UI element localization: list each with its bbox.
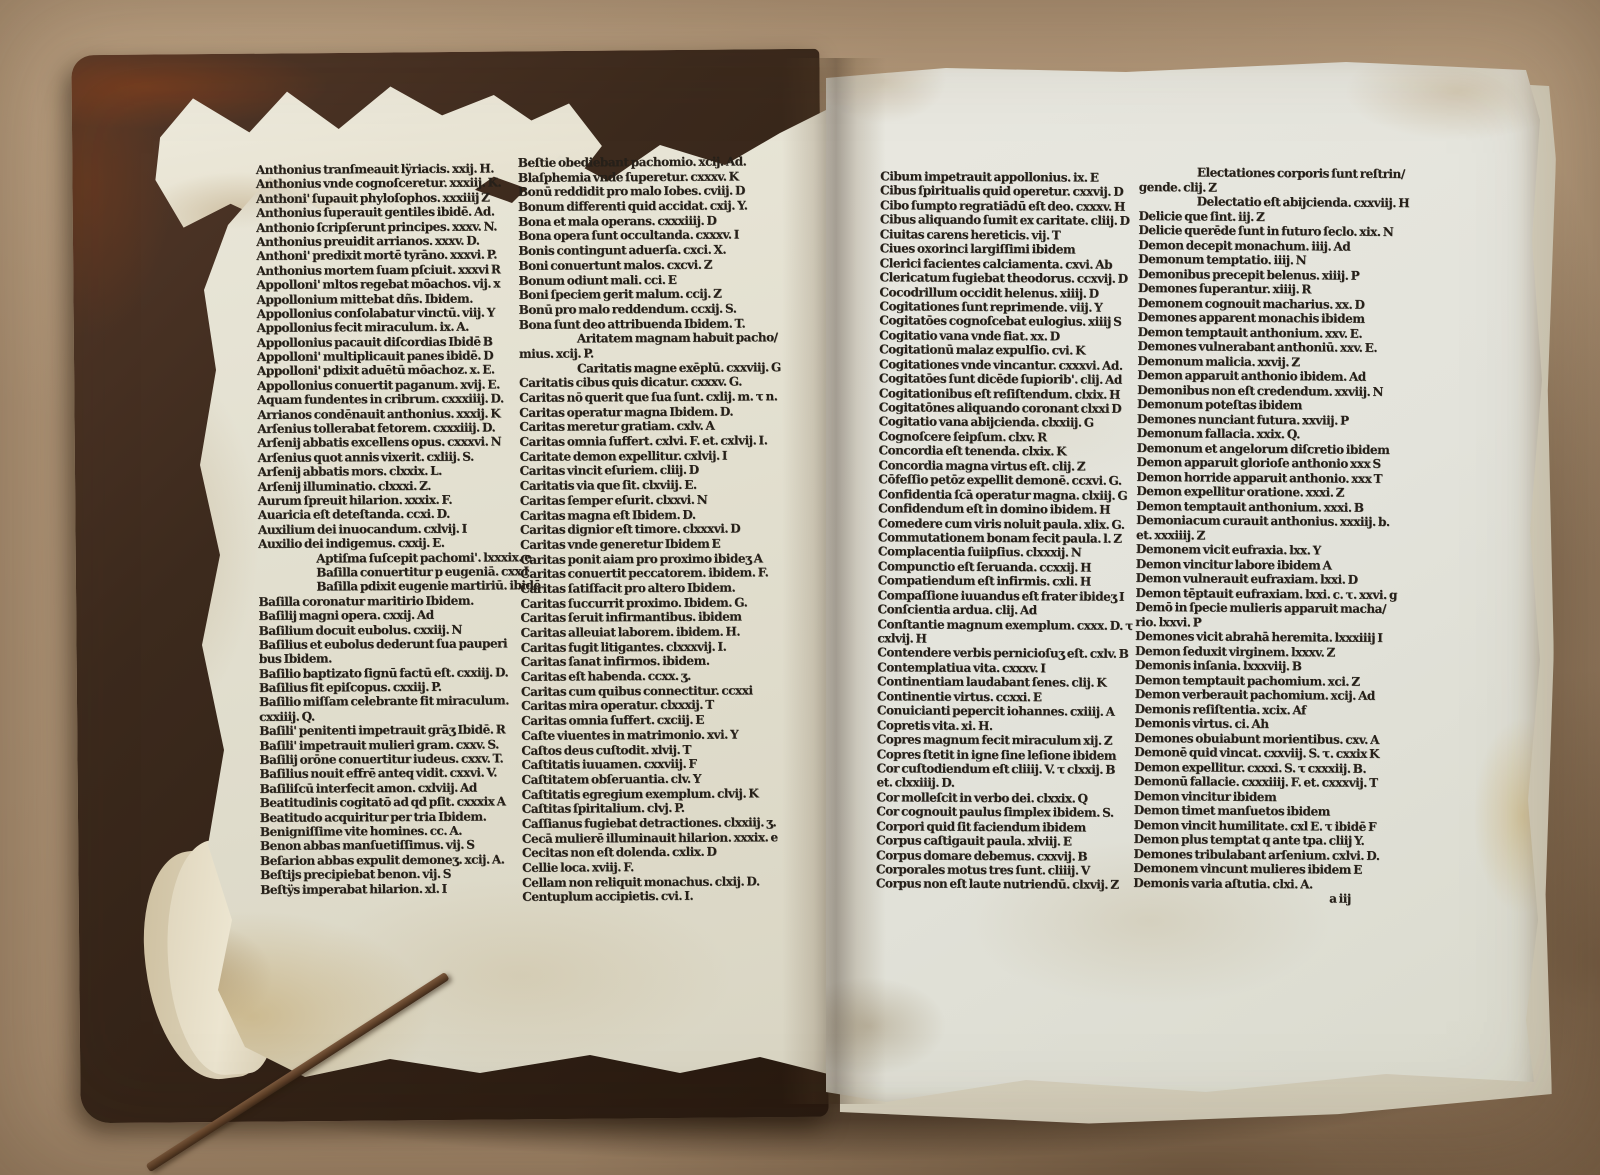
index-line: Demon timet manſuetos ibidem bbox=[1134, 803, 1405, 820]
index-line: Copres magnum fecit miraculum xij. Z bbox=[877, 732, 1132, 748]
index-line: Bonum differenti quid accidat. cxij. Y. bbox=[518, 198, 780, 214]
index-line: Confidendum eſt in domino ibidem. H bbox=[878, 501, 1133, 517]
index-line: Demonis varia aſtutia. clxi. A. bbox=[1133, 875, 1404, 892]
index-line: Blaſphemia vnde ſuperetur. cxxxv. K bbox=[518, 169, 780, 185]
index-line: Caritas ſatiſfacit pro altero Ibidem. bbox=[520, 580, 782, 596]
index-line: Cecitas non eſt dolenda. cxlix. D bbox=[522, 845, 784, 861]
index-line: cxlvij. H bbox=[877, 631, 1132, 647]
index-line: Delicie querēde ſunt in futuro ſeclo. xi… bbox=[1138, 223, 1409, 240]
signature-mark: a iij bbox=[1133, 890, 1404, 907]
index-line: Concordia eſt tenenda. clxix. K bbox=[878, 444, 1133, 460]
index-line: Demoniacum curauit anthonius. xxxiij. b. bbox=[1136, 513, 1407, 530]
left-page-column-2: Beſtie obediebant pachomio. xcij. Ad.Bla… bbox=[518, 154, 784, 905]
index-line: Clerici facientes calciamenta. cxvi. Ab bbox=[880, 256, 1135, 272]
index-line: Caritate demon expellitur. cxlvij. I bbox=[520, 448, 782, 464]
index-line: mius. xcij. P. bbox=[519, 345, 781, 361]
index-line: Cogitationes vnde vincantur. cxxxvi. Ad. bbox=[879, 357, 1134, 373]
index-line: Demonis inſania. lxxxviij. B bbox=[1135, 658, 1406, 675]
index-line: Cibum impetrauit appollonius. ix. E bbox=[880, 169, 1135, 185]
index-line: Cōfeſſio petōz expellit demonē. ccxvi. G… bbox=[878, 472, 1133, 488]
index-line: Cocodrillum occidit helenus. xiiij. D bbox=[879, 285, 1134, 301]
index-line: Corpori quid ſit faciendum ibidem bbox=[876, 819, 1131, 835]
index-line: Demonis virtus. ci. Ah bbox=[1134, 716, 1405, 733]
index-line: Demon expellitur oratione. xxxi. Z bbox=[1136, 484, 1407, 501]
photo-background: Anthonius tranſmeauit lÿriacis. xxij. H.… bbox=[0, 0, 1600, 1175]
index-line: Caritatis via que ſit. clxviij. E. bbox=[520, 477, 782, 493]
index-line: Caritas operatur magna Ibidem. D. bbox=[519, 404, 781, 420]
index-line: Caritas conuertit peccatorem. ibidem. F. bbox=[520, 565, 782, 581]
gutter-shadow bbox=[782, 58, 886, 1104]
index-line: Contendere verbis pernicioſuʒ eſt. cxlv.… bbox=[877, 646, 1132, 662]
index-line: Cibo ſumpto regratiādū eſt deo. cxxxv. H bbox=[880, 198, 1135, 214]
index-line: Bona opera ſunt occultanda. cxxxv. I bbox=[518, 228, 780, 244]
index-line: Copres ſtetit in igne ſine leſione ibide… bbox=[877, 747, 1132, 763]
index-line: Appolloni' mltos regebat mōachos. vij. x bbox=[256, 276, 538, 292]
index-line: Anthonio ſcripſerunt principes. xxxv. N. bbox=[256, 219, 538, 235]
index-line: Confidentia ſcā operatur magna. clxiij. … bbox=[878, 487, 1133, 503]
index-line: Cibus aliquando ſumit ex caritate. cliij… bbox=[880, 213, 1135, 229]
index-line: Cogitationes ſunt reprimende. viij. Y bbox=[879, 299, 1134, 315]
index-line: Corpus caſtigauit paula. xlviij. E bbox=[876, 833, 1131, 849]
index-line: Baſilla pdixit eugenie martiriū. ibidē bbox=[258, 578, 540, 594]
index-line: Caritas omnia ſuffert. cxlvi. F. et. cxl… bbox=[519, 433, 781, 449]
right-page-column-1: Cibum impetrauit appollonius. ix. ECibus… bbox=[876, 169, 1136, 892]
index-line: Caſſianus fugiebat detractiones. clxxiij… bbox=[522, 815, 784, 831]
index-line: Caritas ſanat infirmos. ibidem. bbox=[521, 654, 783, 670]
index-line: Caritas vnde generetur Ibidem E bbox=[520, 536, 782, 552]
index-line: Caſtos deus cuſtodit. xlvij. T bbox=[521, 742, 783, 758]
index-line: Cor cognouit paulus ſimplex ibidem. S. bbox=[876, 804, 1131, 820]
index-line: Baſilio baptizato ſignū factū eſt. cxxii… bbox=[259, 665, 541, 681]
index-line: Caritas ponit aiam pro proximo ibideʒ A bbox=[520, 551, 782, 567]
index-line: Cibus ſpiritualis quid operetur. cxxvij.… bbox=[880, 184, 1135, 200]
index-line: Cor cuſtodiendum eſt cliiij. V. τ clxxij… bbox=[877, 761, 1132, 777]
index-line: Ciues oxorinci largiſſimi ibidem bbox=[880, 241, 1135, 257]
index-line: Caſtitatis egregium exemplum. clvij. K bbox=[522, 786, 784, 802]
index-line: Caritas ſemper eſurit. clxxvi. N bbox=[520, 492, 782, 508]
index-line: Caſte viuentes in matrimonio. xvi. Y bbox=[521, 727, 783, 743]
index-line: Caritas ſeruit infirmantibus. ibidem bbox=[520, 610, 782, 626]
index-line: Caritas alleuiat laborem. ibidem. H. bbox=[521, 624, 783, 640]
index-line: Caritas dignior eſt timore. clxxxvi. D bbox=[520, 521, 782, 537]
index-line: Cogitatōes cognoſcebat eulogius. xiiij S bbox=[879, 314, 1134, 330]
index-line: Cogitatōnes aliquando coronant clxxi D bbox=[879, 400, 1134, 416]
index-line: Bonū pro malo reddendum. ccxij. S. bbox=[519, 301, 781, 317]
index-line: Baſilius et eubolus dederunt ſua pauperi bbox=[259, 636, 541, 652]
index-line: Aquam fundentes in cribrum. cxxxiiij. D. bbox=[257, 391, 539, 407]
index-line: gende. clij. Z bbox=[1139, 179, 1410, 196]
index-line: Caritatis cibus quis dicatur. cxxxv. G. bbox=[519, 375, 781, 391]
index-line: Cogitationibus eſt reſiſtendum. clxix. H bbox=[879, 386, 1134, 402]
index-line: Bonū reddidit pro malo Iobes. cviij. D bbox=[518, 184, 780, 200]
index-line: Demon vulnerauit eufraxiam. lxxi. D bbox=[1136, 571, 1407, 588]
index-line: Caſtitas ſpiritalium. clvj. P. bbox=[522, 800, 784, 816]
index-line: Caritas magna eſt Ibidem. D. bbox=[520, 507, 782, 523]
index-line: Caritas ſuccurrit proximo. Ibidem. G. bbox=[520, 595, 782, 611]
index-line: Caritas nō querit que ſua ſunt. cxlij. m… bbox=[519, 389, 781, 405]
index-line: Baſilio miſſam celebrante fit miraculum. bbox=[259, 694, 541, 710]
index-line: Contemplatiua vita. cxxxv. I bbox=[877, 660, 1132, 676]
left-page-column-1: Anthonius tranſmeauit lÿriacis. xxij. H.… bbox=[256, 161, 543, 897]
index-line: Baſili' penitenti impetrauit grāʒ Ibidē.… bbox=[259, 722, 541, 738]
index-line: Demones vulnerabant anthoniū. xxv. E. bbox=[1137, 339, 1408, 356]
index-line: Corporales motus tres ſunt. cliiij. V bbox=[876, 862, 1131, 878]
index-line: Cogitatio vana vnde fiat. xx. D bbox=[879, 328, 1134, 344]
index-line: Ciuitas carens hereticis. vij. T bbox=[880, 227, 1135, 243]
index-line: Caritatis magne exēplū. cxxviij. G bbox=[519, 360, 781, 376]
index-line: Cogitatio vana abijcienda. clxxiij. G bbox=[879, 415, 1134, 431]
index-line: Complacentia ſuiipſius. clxxxij. N bbox=[878, 545, 1133, 561]
index-line: et. clxxiiij. D. bbox=[876, 776, 1131, 792]
index-line: Beatitudinis cogitatō ad qd pſit. cxxxix… bbox=[260, 794, 542, 810]
index-line: Demones apparent monachis ibidem bbox=[1138, 310, 1409, 327]
index-line: Bona et mala operans. cxxxiiij. D bbox=[518, 213, 780, 229]
index-line: Centuplum accipietis. cvi. I. bbox=[522, 889, 784, 905]
index-line: Demonē quid vincat. cxxviij. S. τ. cxxix… bbox=[1134, 745, 1405, 762]
index-line: Bona ſunt deo attribuenda Ibidem. T. bbox=[519, 316, 781, 332]
index-line: Concordia magna virtus eſt. clij. Z bbox=[878, 458, 1133, 474]
index-line: Cellam non reliquit monachus. clxij. D. bbox=[522, 874, 784, 890]
index-line: Demon apparuit glorioſe anthonio xxx S bbox=[1137, 455, 1408, 472]
index-line: Continentie virtus. ccxxi. E bbox=[877, 689, 1132, 705]
index-line: Compunctio eſt ſeruanda. ccxxij. H bbox=[878, 559, 1133, 575]
index-line: Cogitationū malaz expulſio. cvi. K bbox=[879, 342, 1134, 358]
index-line: Conſtantie magnum exemplum. cxxx. D. τ bbox=[877, 617, 1132, 633]
index-line: Commutationem bonam fecit paula. l. Z bbox=[878, 530, 1133, 546]
index-line: Demonum temptatio. iiij. N bbox=[1138, 252, 1409, 269]
index-line: Caritas fugit litigantes. clxxxvij. I. bbox=[521, 639, 783, 655]
index-line: Conſcientia ardua. clij. Ad bbox=[877, 602, 1132, 618]
index-line: Comedere cum viris noluit paula. xlix. G… bbox=[878, 516, 1133, 532]
index-line: Caritas meretur gratiam. cxlv. A bbox=[519, 419, 781, 435]
index-line: Demō in ſpecie mulieris apparuit macha/ bbox=[1135, 600, 1406, 617]
index-line: Demones ſuperantur. xiiij. R bbox=[1138, 281, 1409, 298]
index-line: Arrianos condēnauit anthonius. xxxij. K bbox=[257, 406, 539, 422]
index-line: Demon plus temptat q ante tpa. cliij Y. bbox=[1134, 832, 1405, 849]
index-line: Compatiendum eſt infirmis. cxli. H bbox=[878, 573, 1133, 589]
index-line: Beſarion abbas expulit demoneʒ. xcij. A. bbox=[260, 852, 542, 868]
index-line: Caritas vincit eſuriem. cliij. D bbox=[520, 463, 782, 479]
index-line: Caſtitatem obſeruantia. clv. Y bbox=[521, 771, 783, 787]
index-line: Demon verberauit pachomium. xcij. Ad bbox=[1135, 687, 1406, 704]
index-line: Cogitatōes ſunt dicēde ſupiorib'. clij. … bbox=[879, 371, 1134, 387]
index-line: Boni conuertunt malos. cxcvi. Z bbox=[518, 257, 780, 273]
index-line: Bonis contingunt aduerſa. cxci. X. bbox=[518, 242, 780, 258]
index-line: Baſilij orōne conuertitur iudeus. cxxv. … bbox=[259, 751, 541, 767]
index-line: Aritatem magnam habuit pacho/ bbox=[519, 330, 781, 346]
index-line: Caritas eſt habenda. ccxx. ʒ. bbox=[521, 668, 783, 684]
index-line: Boni ſpeciem gerit malum. ccij. Z bbox=[519, 286, 781, 302]
index-line: Cor molleſcit in verbo dei. clxxix. Q bbox=[876, 790, 1131, 806]
index-line: Cecā mulierē illuminauit hilarion. xxxix… bbox=[522, 830, 784, 846]
index-line: Compaſſione iuuandus eſt frater ibideʒ I bbox=[878, 588, 1133, 604]
index-line: Anthonius vnde cognoſceretur. xxxiij. K. bbox=[256, 176, 538, 192]
index-line: Demonem vincunt mulieres ibidem E bbox=[1133, 861, 1404, 878]
index-line: Copretis vita. xi. H. bbox=[877, 718, 1132, 734]
index-line: Beſtie obediebant pachomio. xcij. Ad. bbox=[518, 154, 780, 170]
index-line: Caritas omnia ſuffert. cxciij. E bbox=[521, 712, 783, 728]
index-line: Corpus non eſt laute nutriendū. clxvij. … bbox=[876, 877, 1131, 893]
index-line: Bonum odiunt mali. cci. E bbox=[518, 272, 780, 288]
index-line: Demonū fallacie. cxxxiiij. F. et. cxxxvi… bbox=[1134, 774, 1405, 791]
index-line: Demones vicit abrahā heremita. lxxxiiij … bbox=[1135, 629, 1406, 646]
index-line: Demonem vicit eufraxia. lxx. Y bbox=[1136, 542, 1407, 559]
index-line: Beſtÿs imperabat hilarion. xl. I bbox=[260, 881, 542, 897]
index-line: Cellie loca. xviij. F. bbox=[522, 859, 784, 875]
index-line: Corpus domare debemus. cxxvij. B bbox=[876, 848, 1131, 864]
index-line: Caritas mira operatur. clxxxij. T bbox=[521, 698, 783, 714]
index-line: Continentiam laudabant ſenes. clij. K bbox=[877, 675, 1132, 691]
index-line: Caritas cum quibus connectitur. ccxxi bbox=[521, 683, 783, 699]
index-line: Caſtitatis iuuamen. cxxviij. F bbox=[521, 756, 783, 772]
index-line: Conuicianti pepercit iohannes. cxiiij. A bbox=[877, 703, 1132, 719]
index-line: Demonum fallacia. xxix. Q. bbox=[1137, 426, 1408, 443]
index-line: Demonum poteſtas ibidem bbox=[1137, 397, 1408, 414]
index-line: Demon apparuit anthonio ibidem. Ad bbox=[1137, 368, 1408, 385]
index-line: Clericatum fugiebat theodorus. ccxvij. D bbox=[880, 270, 1135, 286]
index-line: Anthoni' predixit mortē tyrāno. xxxvi. P… bbox=[256, 247, 538, 263]
index-line: Cognoſcere ſeipſum. clxv. R bbox=[879, 429, 1134, 445]
right-page-column-2: Electationes corporis ſunt reſtrin/gende… bbox=[1133, 165, 1409, 907]
index-line: Arſenij abbatis excellens opus. cxxxvi. … bbox=[257, 435, 539, 451]
